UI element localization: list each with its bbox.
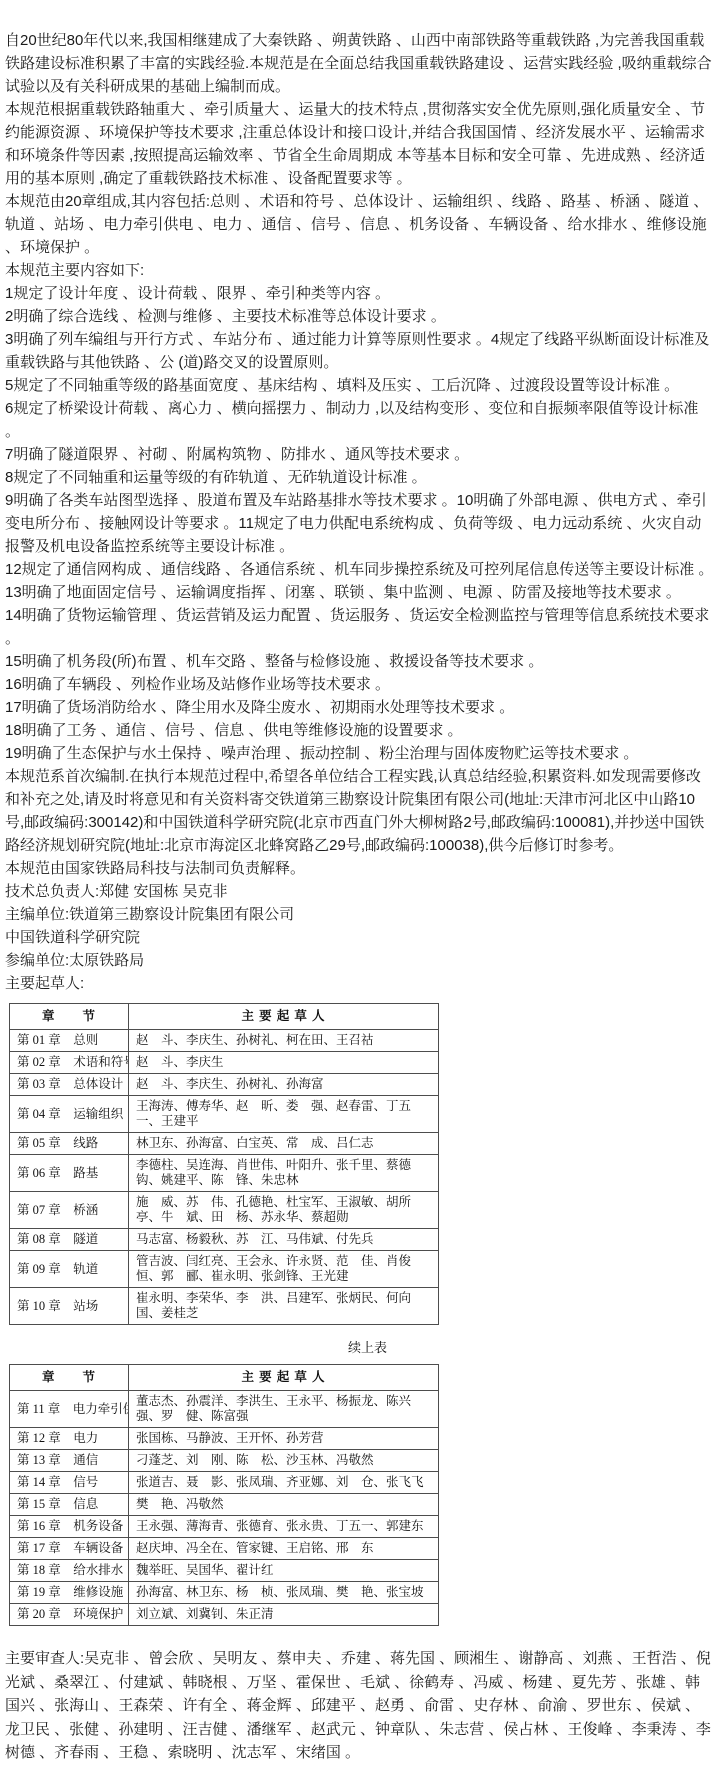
drafters-cell: 刘立斌、刘冀钊、朱正清	[129, 1604, 439, 1626]
chapter-cell: 第 14 章 信号	[10, 1472, 129, 1494]
chapter-cell: 第 20 章 环境保护	[10, 1604, 129, 1626]
table-row: 第 02 章 术语和符号赵 斗、李庆生	[10, 1052, 439, 1074]
table-row: 第 08 章 隧道马志富、杨毅秋、苏 江、马伟斌、付先兵	[10, 1229, 439, 1251]
paragraph: 中国铁道科学研究院	[5, 926, 714, 949]
drafters-column-header: 主 要 起 草 人	[129, 1004, 439, 1030]
drafters-cell: 李德柱、吴连海、肖世伟、叶阳升、张千里、蔡德钩、姚建平、陈 锋、朱忠林	[129, 1155, 439, 1192]
paragraph: 1规定了设计年度 、设计荷载 、限界 、牵引种类等内容 。	[5, 282, 714, 305]
drafters-cell: 赵 斗、李庆生	[129, 1052, 439, 1074]
table-header-row: 章 节 主 要 起 草 人	[10, 1004, 439, 1030]
chapter-cell: 第 03 章 总体设计	[10, 1074, 129, 1096]
drafters-cell: 董志杰、孙震洋、李洪生、王永平、杨振龙、陈兴强、罗 健、陈富强	[129, 1391, 439, 1428]
paragraph: 本规范由20章组成,其内容包括:总则 、术语和符号 、总体设计 、运输组织 、线…	[5, 190, 714, 259]
paragraph: 14明确了货物运输管理 、货运营销及运力配置 、货运服务 、货运安全检测监控与管…	[5, 604, 714, 650]
chapter-cell: 第 18 章 给水排水	[10, 1560, 129, 1582]
reviewers-paragraph: 主要审查人:吴克非 、曾会欣 、吴明友 、蔡申夫 、乔建 、蒋先国 、顾湘生 、…	[5, 1647, 714, 1765]
paragraph: 本规范根据重载铁路轴重大 、牵引质量大 、运量大的技术特点 ,贯彻落实安全优先原…	[5, 98, 714, 190]
chapter-cell: 第 17 章 车辆设备	[10, 1538, 129, 1560]
drafters-cell: 崔永明、李荣华、李 洪、吕建军、张炳民、何向国、姜桂芝	[129, 1288, 439, 1325]
paragraph: 本规范由国家铁路局科技与法制司负责解释。	[5, 857, 714, 880]
continuation-table-label: 续上表	[9, 1337, 439, 1356]
paragraph: 本规范主要内容如下:	[5, 259, 714, 282]
document: 自20世纪80年代以来,我国相继建成了大秦铁路 、朔黄铁路 、山西中南部铁路等重…	[0, 0, 718, 1765]
chapter-cell: 第 19 章 维修设施	[10, 1582, 129, 1604]
chapter-cell: 第 13 章 通信	[10, 1450, 129, 1472]
table-row: 第 13 章 通信刁蓬芝、刘 刚、陈 松、沙玉林、冯敬然	[10, 1450, 439, 1472]
table-row: 第 04 章 运输组织王海涛、傅寿华、赵 昕、娄 强、赵春雷、丁五一、王建平	[10, 1096, 439, 1133]
chapter-cell: 第 05 章 线路	[10, 1133, 129, 1155]
chapter-cell: 第 16 章 机务设备	[10, 1516, 129, 1538]
table-row: 第 11 章 电力牵引供电董志杰、孙震洋、李洪生、王永平、杨振龙、陈兴强、罗 健…	[10, 1391, 439, 1428]
paragraph: 自20世纪80年代以来,我国相继建成了大秦铁路 、朔黄铁路 、山西中南部铁路等重…	[5, 29, 714, 98]
drafters-cell: 孙海富、林卫东、杨 桢、张凤瑞、樊 艳、张宝坡	[129, 1582, 439, 1604]
paragraph: 2明确了综合选线 、检测与维修 、主要技术标准等总体设计要求 。	[5, 305, 714, 328]
drafters-cell: 王永强、薄海青、张德育、张永贵、丁五一、郭建东	[129, 1516, 439, 1538]
paragraph: 技术总负责人:郑健 安国栋 吴克非	[5, 880, 714, 903]
paragraph: 19明确了生态保护与水土保持 、噪声治理 、振动控制 、粉尘治理与固体废物贮运等…	[5, 742, 714, 765]
paragraph: 8规定了不同轴重和运量等级的有砟轨道 、无砟轨道设计标准 。	[5, 466, 714, 489]
paragraph: 13明确了地面固定信号 、运输调度指挥 、闭塞 、联锁 、集中监测 、电源 、防…	[5, 581, 714, 604]
table-row: 第 17 章 车辆设备赵庆坤、冯全在、管家键、王启铭、邢 东	[10, 1538, 439, 1560]
paragraph: 参编单位:太原铁路局	[5, 949, 714, 972]
drafters-cell: 樊 艳、冯敬然	[129, 1494, 439, 1516]
table-row: 第 15 章 信息樊 艳、冯敬然	[10, 1494, 439, 1516]
drafters-table-part2: 章 节 主 要 起 草 人 第 11 章 电力牵引供电董志杰、孙震洋、李洪生、王…	[9, 1364, 439, 1626]
table-row: 第 09 章 轨道管吉波、闫红亮、王会永、许永贤、范 佳、肖俊恒、郭 郦、崔永明…	[10, 1251, 439, 1288]
chapter-cell: 第 12 章 电力	[10, 1428, 129, 1450]
drafters-cell: 林卫东、孙海富、白宝英、常 成、吕仁志	[129, 1133, 439, 1155]
table-row: 第 14 章 信号张道吉、聂 影、张凤瑞、齐亚娜、刘 仓、张飞飞	[10, 1472, 439, 1494]
table-row: 第 10 章 站场崔永明、李荣华、李 洪、吕建军、张炳民、何向国、姜桂芝	[10, 1288, 439, 1325]
chapter-cell: 第 15 章 信息	[10, 1494, 129, 1516]
table-row: 第 01 章 总则赵 斗、李庆生、孙树礼、柯在田、王召祜	[10, 1030, 439, 1052]
paragraph: 12规定了通信网构成 、通信线路 、各通信系统 、机车同步操控系统及可控列尾信息…	[5, 558, 714, 581]
drafters-cell: 管吉波、闫红亮、王会永、许永贤、范 佳、肖俊恒、郭 郦、崔永明、张剑锋、王光建	[129, 1251, 439, 1288]
table-row: 第 06 章 路基李德柱、吴连海、肖世伟、叶阳升、张千里、蔡德钩、姚建平、陈 锋…	[10, 1155, 439, 1192]
chapter-column-header: 章 节	[10, 1365, 129, 1391]
drafters-cell: 赵庆坤、冯全在、管家键、王启铭、邢 东	[129, 1538, 439, 1560]
chapter-cell: 第 11 章 电力牵引供电	[10, 1391, 129, 1428]
drafters-column-header: 主 要 起 草 人	[129, 1365, 439, 1391]
drafters-cell: 刁蓬芝、刘 刚、陈 松、沙玉林、冯敬然	[129, 1450, 439, 1472]
paragraph: 15明确了机务段(所)布置 、机车交路 、整备与检修设施 、救援设备等技术要求 …	[5, 650, 714, 673]
paragraph: 6规定了桥梁设计荷载 、离心力 、横向摇摆力 、制动力 ,以及结构变形 、变位和…	[5, 397, 714, 443]
paragraph: 16明确了车辆段 、列检作业场及站修作业场等技术要求 。	[5, 673, 714, 696]
chapter-cell: 第 06 章 路基	[10, 1155, 129, 1192]
paragraph: 本规范系首次编制.在执行本规范过程中,希望各单位结合工程实践,认真总结经验,积累…	[5, 765, 714, 857]
drafters-cell: 赵 斗、李庆生、孙树礼、孙海富	[129, 1074, 439, 1096]
paragraph: 18明确了工务 、通信 、信号 、信息 、供电等维修设施的设置要求 。	[5, 719, 714, 742]
drafters-cell: 马志富、杨毅秋、苏 江、马伟斌、付先兵	[129, 1229, 439, 1251]
chapter-cell: 第 09 章 轨道	[10, 1251, 129, 1288]
chapter-cell: 第 02 章 术语和符号	[10, 1052, 129, 1074]
chapter-cell: 第 10 章 站场	[10, 1288, 129, 1325]
paragraph: 9明确了各类车站图型选择 、股道布置及车站路基排水等技术要求 。10明确了外部电…	[5, 489, 714, 558]
drafters-cell: 魏举旺、吴国华、翟计红	[129, 1560, 439, 1582]
drafters-table-part1: 章 节 主 要 起 草 人 第 01 章 总则赵 斗、李庆生、孙树礼、柯在田、王…	[9, 1003, 439, 1325]
drafters-cell: 王海涛、傅寿华、赵 昕、娄 强、赵春雷、丁五一、王建平	[129, 1096, 439, 1133]
paragraph: 主编单位:铁道第三勘察设计院集团有限公司	[5, 903, 714, 926]
intro-paragraphs: 自20世纪80年代以来,我国相继建成了大秦铁路 、朔黄铁路 、山西中南部铁路等重…	[5, 29, 714, 995]
table-row: 第 12 章 电力张国栋、马静波、王开怀、孙芳营	[10, 1428, 439, 1450]
drafters-cell: 施 威、苏 伟、孔德艳、杜宝军、王淑敏、胡所亭、牛 斌、田 杨、苏永华、蔡超勋	[129, 1192, 439, 1229]
table-row: 第 07 章 桥涵施 威、苏 伟、孔德艳、杜宝军、王淑敏、胡所亭、牛 斌、田 杨…	[10, 1192, 439, 1229]
chapter-cell: 第 07 章 桥涵	[10, 1192, 129, 1229]
drafters-cell: 赵 斗、李庆生、孙树礼、柯在田、王召祜	[129, 1030, 439, 1052]
table-header-row: 章 节 主 要 起 草 人	[10, 1365, 439, 1391]
table-row: 第 19 章 维修设施孙海富、林卫东、杨 桢、张凤瑞、樊 艳、张宝坡	[10, 1582, 439, 1604]
table-row: 第 20 章 环境保护刘立斌、刘冀钊、朱正清	[10, 1604, 439, 1626]
paragraph: 5规定了不同轴重等级的路基面宽度 、基床结构 、填料及压实 、工后沉降 、过渡段…	[5, 374, 714, 397]
paragraph: 7明确了隧道限界 、衬砌 、附属构筑物 、防排水 、通风等技术要求 。	[5, 443, 714, 466]
table-row: 第 18 章 给水排水魏举旺、吴国华、翟计红	[10, 1560, 439, 1582]
table-row: 第 16 章 机务设备王永强、薄海青、张德育、张永贵、丁五一、郭建东	[10, 1516, 439, 1538]
drafters-cell: 张道吉、聂 影、张凤瑞、齐亚娜、刘 仓、张飞飞	[129, 1472, 439, 1494]
paragraph: 17明确了货场消防给水 、降尘用水及降尘废水 、初期雨水处理等技术要求 。	[5, 696, 714, 719]
chapter-cell: 第 01 章 总则	[10, 1030, 129, 1052]
drafters-cell: 张国栋、马静波、王开怀、孙芳营	[129, 1428, 439, 1450]
paragraph: 3明确了列车编组与开行方式 、车站分布 、通过能力计算等原则性要求 。4规定了线…	[5, 328, 714, 374]
table-row: 第 05 章 线路林卫东、孙海富、白宝英、常 成、吕仁志	[10, 1133, 439, 1155]
chapter-column-header: 章 节	[10, 1004, 129, 1030]
paragraph: 主要起草人:	[5, 972, 714, 995]
table-row: 第 03 章 总体设计赵 斗、李庆生、孙树礼、孙海富	[10, 1074, 439, 1096]
chapter-cell: 第 04 章 运输组织	[10, 1096, 129, 1133]
drafters-tables: 章 节 主 要 起 草 人 第 01 章 总则赵 斗、李庆生、孙树礼、柯在田、王…	[9, 1003, 714, 1626]
chapter-cell: 第 08 章 隧道	[10, 1229, 129, 1251]
